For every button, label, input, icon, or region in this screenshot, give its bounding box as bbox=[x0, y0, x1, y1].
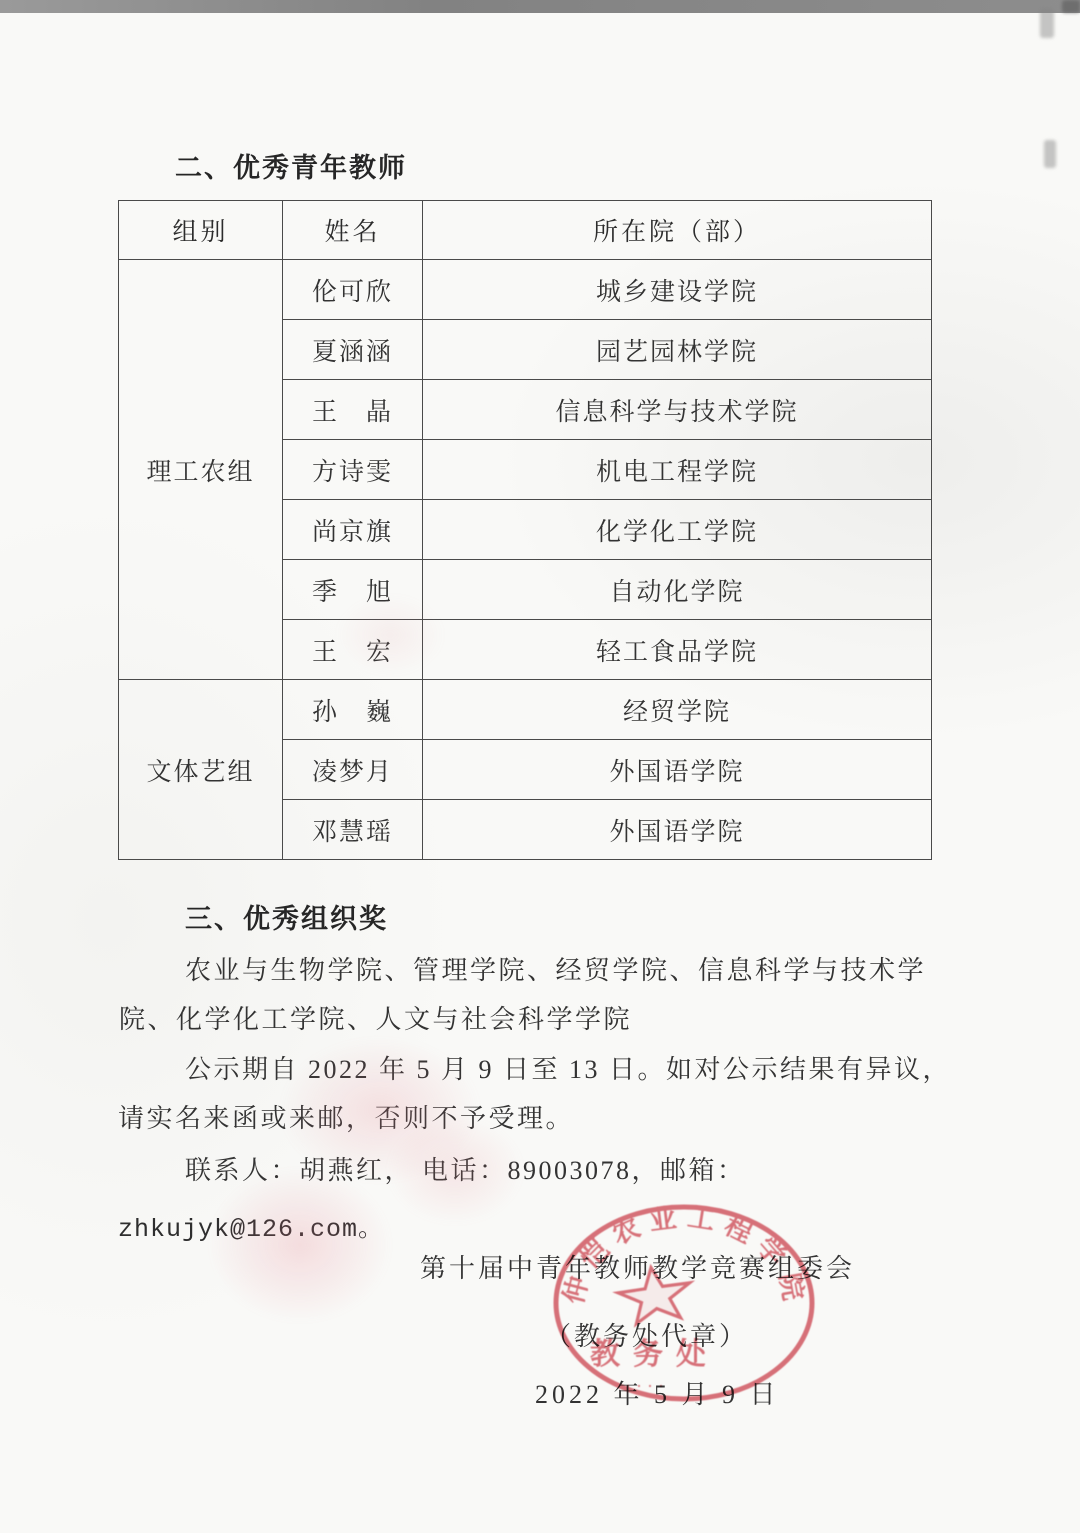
name-cell: 季 旭 bbox=[283, 560, 423, 620]
seal-center-text: 教务处 bbox=[590, 1338, 719, 1371]
group-cell-wentiyi: 文体艺组 bbox=[119, 680, 283, 860]
notice-line1: 公示期自 2022 年 5 月 9 日至 13 日。如对公示结果有异议， bbox=[185, 1049, 951, 1086]
official-seal-stamp: 仲恺农业工程学院 教务处 ····· bbox=[550, 1202, 818, 1406]
college-cell: 经贸学院 bbox=[423, 680, 932, 740]
header-group: 组别 bbox=[119, 201, 283, 260]
scan-top-bar bbox=[0, 0, 1080, 13]
scan-edge-smudge bbox=[1040, 8, 1054, 38]
college-cell: 城乡建设学院 bbox=[423, 260, 932, 320]
org-award-line2: 院、化学化工学院、人文与社会科学学院 bbox=[119, 999, 632, 1036]
college-cell: 化学化工学院 bbox=[423, 500, 932, 560]
name-cell: 尚京旗 bbox=[283, 500, 423, 560]
college-cell: 机电工程学院 bbox=[423, 440, 932, 500]
section3-title: 三、优秀组织奖 bbox=[185, 897, 388, 936]
org-award-line1: 农业与生物学院、管理学院、经贸学院、信息科学与技术学 bbox=[185, 950, 926, 987]
table-row: 理工农组 伦可欣 城乡建设学院 bbox=[119, 260, 932, 320]
seal-dots: ····· bbox=[614, 1376, 669, 1396]
college-cell: 自动化学院 bbox=[423, 560, 932, 620]
name-cell: 方诗雯 bbox=[283, 440, 423, 500]
seal-arc-text: 仲恺农业工程学院 bbox=[557, 1202, 810, 1311]
star-icon bbox=[615, 1263, 694, 1326]
section2-title: 二、优秀青年教师 bbox=[175, 146, 407, 185]
college-cell: 轻工食品学院 bbox=[423, 620, 932, 680]
college-cell: 园艺园林学院 bbox=[423, 320, 932, 380]
name-cell: 王 宏 bbox=[283, 620, 423, 680]
email-line: zhkujyk@126.com。 bbox=[118, 1208, 384, 1244]
college-cell: 外国语学院 bbox=[423, 740, 932, 800]
contact-line: 联系人：胡燕红， 电话：89003078，邮箱： bbox=[185, 1150, 746, 1187]
name-cell: 凌梦月 bbox=[283, 740, 423, 800]
scan-edge-smudge bbox=[1044, 140, 1056, 168]
table-row: 文体艺组 孙 巍 经贸学院 bbox=[119, 680, 932, 740]
notice-line2: 请实名来函或来邮，否则不予受理。 bbox=[118, 1098, 574, 1135]
scan-edge-smudge bbox=[1062, 0, 1080, 13]
name-cell: 夏涵涵 bbox=[283, 320, 423, 380]
header-name: 姓名 bbox=[283, 201, 423, 260]
header-college: 所在院（部） bbox=[423, 201, 932, 260]
college-cell: 信息科学与技术学院 bbox=[423, 380, 932, 440]
table-header-row: 组别 姓名 所在院（部） bbox=[119, 201, 932, 260]
name-cell: 孙 巍 bbox=[283, 680, 423, 740]
scanned-document-page: 二、优秀青年教师 组别 姓名 所在院（部） 理工农组 伦可欣 城乡建设学院 夏涵… bbox=[0, 0, 1080, 1533]
svg-text:仲恺农业工程学院: 仲恺农业工程学院 bbox=[557, 1202, 810, 1311]
group-cell-ligongnong: 理工农组 bbox=[119, 260, 283, 680]
awards-table: 组别 姓名 所在院（部） 理工农组 伦可欣 城乡建设学院 夏涵涵 园艺园林学院 … bbox=[118, 200, 932, 860]
name-cell: 伦可欣 bbox=[283, 260, 423, 320]
college-cell: 外国语学院 bbox=[423, 800, 932, 860]
name-cell: 邓慧瑶 bbox=[283, 800, 423, 860]
name-cell: 王 晶 bbox=[283, 380, 423, 440]
